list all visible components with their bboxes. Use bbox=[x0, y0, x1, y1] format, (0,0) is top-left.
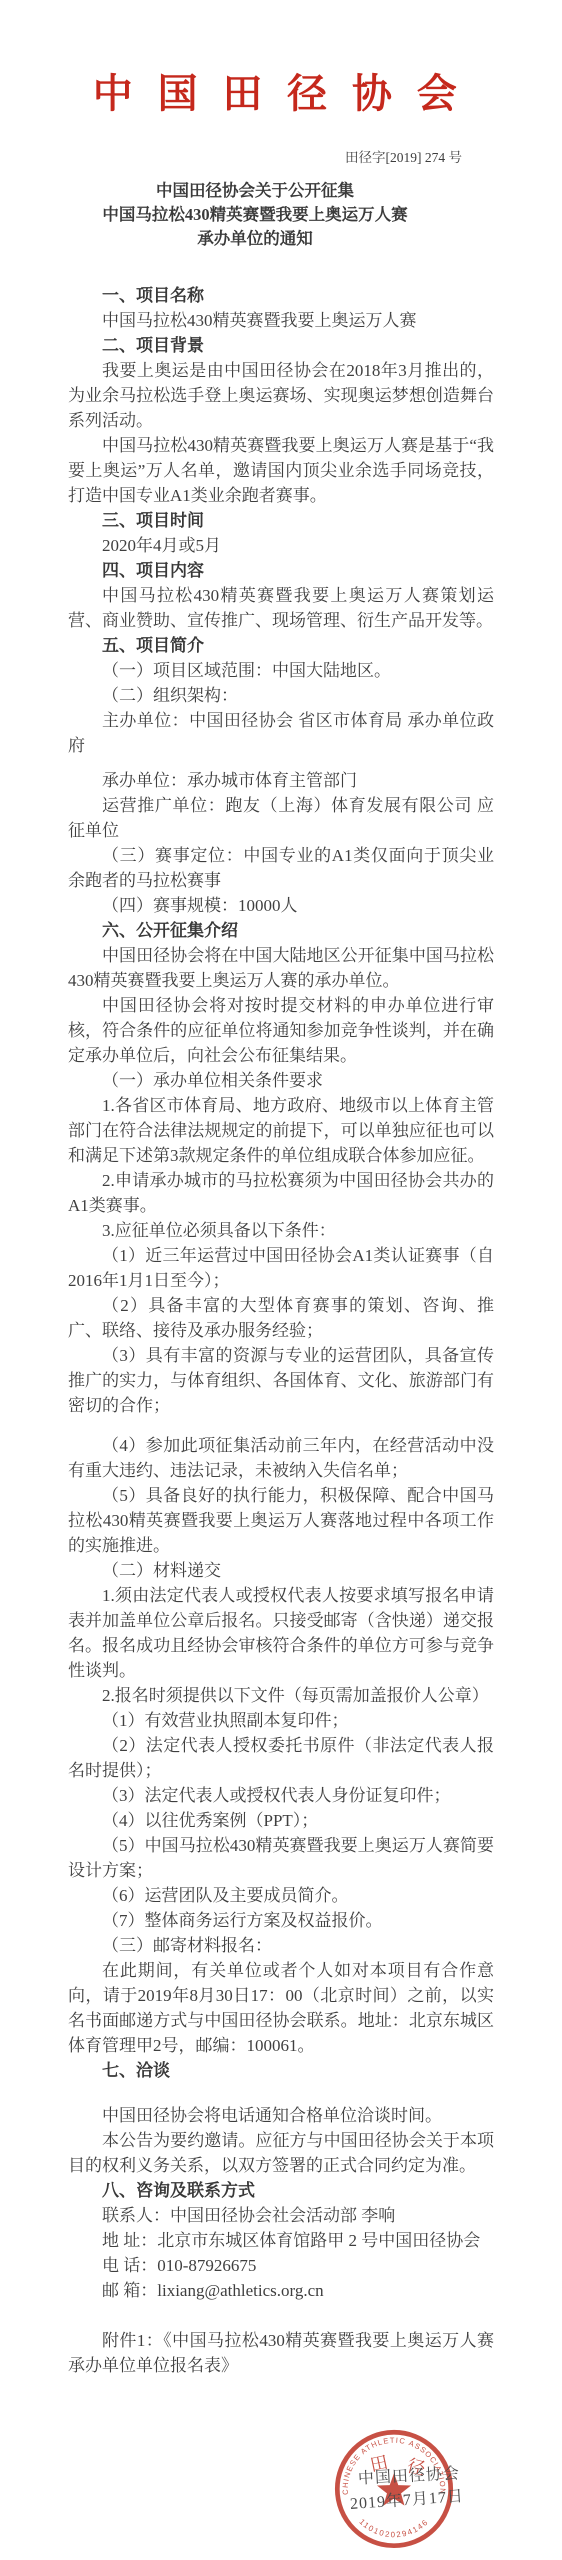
paragraph: （4）参加此项征集活动前三年内，在经营活动中没有重大违约、违法记录，未被纳入失信… bbox=[68, 1433, 494, 1483]
contact-address-line: 地 址：北京市东城区体育馆路甲 2 号中国田径协会 bbox=[68, 2228, 494, 2253]
paragraph: （2）具备丰富的大型体育赛事的策划、咨询、推广、联络、接待及承办服务经验； bbox=[68, 1293, 494, 1343]
paragraph: （1）近三年运营过中国田径协会A1类认证赛事（自2016年1月1日至今）； bbox=[68, 1243, 494, 1293]
paragraph: 3.应征单位必须具备以下条件： bbox=[68, 1218, 494, 1243]
contact-phone-line: 电 话：010-87926675 bbox=[68, 2253, 494, 2278]
title-line-1: 中国田径协会关于公开征集 bbox=[0, 179, 536, 203]
paragraph: （4）以往优秀案例（PPT）； bbox=[68, 1808, 494, 1833]
attachment-line: 附件1：《中国马拉松430精英赛暨我要上奥运万人赛承办单位单位报名表》 bbox=[68, 2328, 494, 2378]
title-line-2: 中国马拉松430精英赛暨我要上奥运万人赛 bbox=[0, 203, 536, 227]
paragraph: （二）材料递交 bbox=[68, 1558, 494, 1583]
paragraph: （3）法定代表人或授权代表人身份证复印件； bbox=[68, 1783, 494, 1808]
paragraph: 在此期间，有关单位或者个人如对本项目有合作意向，请于2019年8月30日17：0… bbox=[68, 1958, 494, 2058]
section-heading: 一、项目名称 bbox=[68, 283, 494, 308]
section-heading: 二、项目背景 bbox=[68, 333, 494, 358]
document-body: 一、项目名称 中国马拉松430精英赛暨我要上奥运万人赛 二、项目背景 我要上奥运… bbox=[68, 283, 494, 2378]
paragraph: （6）运营团队及主要成员简介。 bbox=[68, 1883, 494, 1908]
paragraph: （三）赛事定位：中国专业的A1类仅面向于顶尖业余跑者的马拉松赛事 bbox=[68, 843, 494, 893]
contact-email-line: 邮 箱：lixiang@athletics.org.cn bbox=[68, 2278, 494, 2303]
paragraph: （一）项目区域范围：中国大陆地区。 bbox=[68, 658, 494, 683]
section-heading: 七、洽谈 bbox=[68, 2058, 494, 2083]
paragraph: （2）法定代表人授权委托书原件（非法定代表人报名时提供）； bbox=[68, 1733, 494, 1783]
paragraph: 中国田径协会将电话通知合格单位洽谈时间。 bbox=[68, 2103, 494, 2128]
section-heading: 五、项目简介 bbox=[68, 633, 494, 658]
paragraph: （5）中国马拉松430精英赛暨我要上奥运万人赛简要设计方案； bbox=[68, 1833, 494, 1883]
official-seal: CHINESE ATHLETIC ASSOCIATION 11010202941… bbox=[331, 2426, 457, 2552]
section-heading: 三、项目时间 bbox=[68, 508, 494, 533]
paragraph: 中国马拉松430精英赛暨我要上奥运万人赛策划运营、商业赞助、宣传推广、现场管理、… bbox=[68, 583, 494, 633]
paragraph: 2020年4月或5月 bbox=[68, 533, 494, 558]
paragraph: 2.申请承办城市的马拉松赛须为中国田径协会共办的A1类赛事。 bbox=[68, 1168, 494, 1218]
paragraph: 2.报名时须提供以下文件（每页需加盖报价人公章） bbox=[68, 1683, 494, 1708]
section-heading: 八、咨询及联系方式 bbox=[68, 2178, 494, 2203]
paragraph: （5）具备良好的执行能力，积极保障、配合中国马拉松430精英赛暨我要上奥运万人赛… bbox=[68, 1483, 494, 1558]
paragraph: （三）邮寄材料报名： bbox=[68, 1933, 494, 1958]
paragraph: （四）赛事规模：10000人 bbox=[68, 893, 494, 918]
paragraph: （二）组织架构： bbox=[68, 683, 494, 708]
paragraph: 主办单位：中国田径协会 省区市体育局 承办单位政府 bbox=[68, 708, 494, 758]
paragraph: 中国田径协会将在中国大陆地区公开征集中国马拉松430精英赛暨我要上奥运万人赛的承… bbox=[68, 943, 494, 993]
paragraph: 中国马拉松430精英赛暨我要上奥运万人赛是基于“我要上奥运”万人名单，邀请国内顶… bbox=[68, 433, 494, 508]
paragraph: 我要上奥运是由中国田径协会在2018年3月推出的，为业余马拉松选手登上奥运赛场、… bbox=[68, 358, 494, 433]
paragraph: 中国马拉松430精英赛暨我要上奥运万人赛 bbox=[68, 308, 494, 333]
seal-arc-bottom-text: 1101020294146 bbox=[357, 2517, 430, 2539]
svg-text:1101020294146: 1101020294146 bbox=[357, 2517, 430, 2539]
paragraph: 运营推广单位：跑友（上海）体育发展有限公司 应征单位 bbox=[68, 793, 494, 843]
section-heading: 四、项目内容 bbox=[68, 558, 494, 583]
contact-person-line: 联系人：中国田径协会社会活动部 李响 bbox=[68, 2203, 494, 2228]
doc-number: 田径字[2019] 274 号 bbox=[0, 148, 562, 167]
paragraph: （一）承办单位相关条件要求 bbox=[68, 1068, 494, 1093]
document-page: 中国田径协会 田径字[2019] 274 号 中国田径协会关于公开征集 中国马拉… bbox=[0, 0, 562, 2560]
paragraph: 本公告为要约邀请。应征方与中国田径协会关于本项目的权利义务关系，以双方签署的正式… bbox=[68, 2128, 494, 2178]
paragraph: （1）有效营业执照副本复印件； bbox=[68, 1708, 494, 1733]
document-title: 中国田径协会关于公开征集 中国马拉松430精英赛暨我要上奥运万人赛 承办单位的通… bbox=[0, 179, 536, 251]
paragraph: 承办单位：承办城市体育主管部门 bbox=[68, 768, 494, 793]
paragraph: 1.须由法定代表人或授权代表人按要求填写报名申请表并加盖单位公章后报名。只接受邮… bbox=[68, 1583, 494, 1683]
paragraph: 1.各省区市体育局、地方政府、地级市以上体育主管部门在符合法律法规规定的前提下，… bbox=[68, 1093, 494, 1168]
org-header-title: 中国田径协会 bbox=[0, 70, 562, 118]
paragraph: （3）具有丰富的资源与专业的运营团队，具备宣传推广的实力，与体育组织、各国体育、… bbox=[68, 1343, 494, 1418]
section-heading: 六、公开征集介绍 bbox=[68, 918, 494, 943]
paragraph: （7）整体商务运行方案及权益报价。 bbox=[68, 1908, 494, 1933]
paragraph: 中国田径协会将对按时提交材料的申办单位进行审核，符合条件的应征单位将通知参加竞争… bbox=[68, 993, 494, 1068]
title-line-3: 承办单位的通知 bbox=[0, 227, 536, 251]
